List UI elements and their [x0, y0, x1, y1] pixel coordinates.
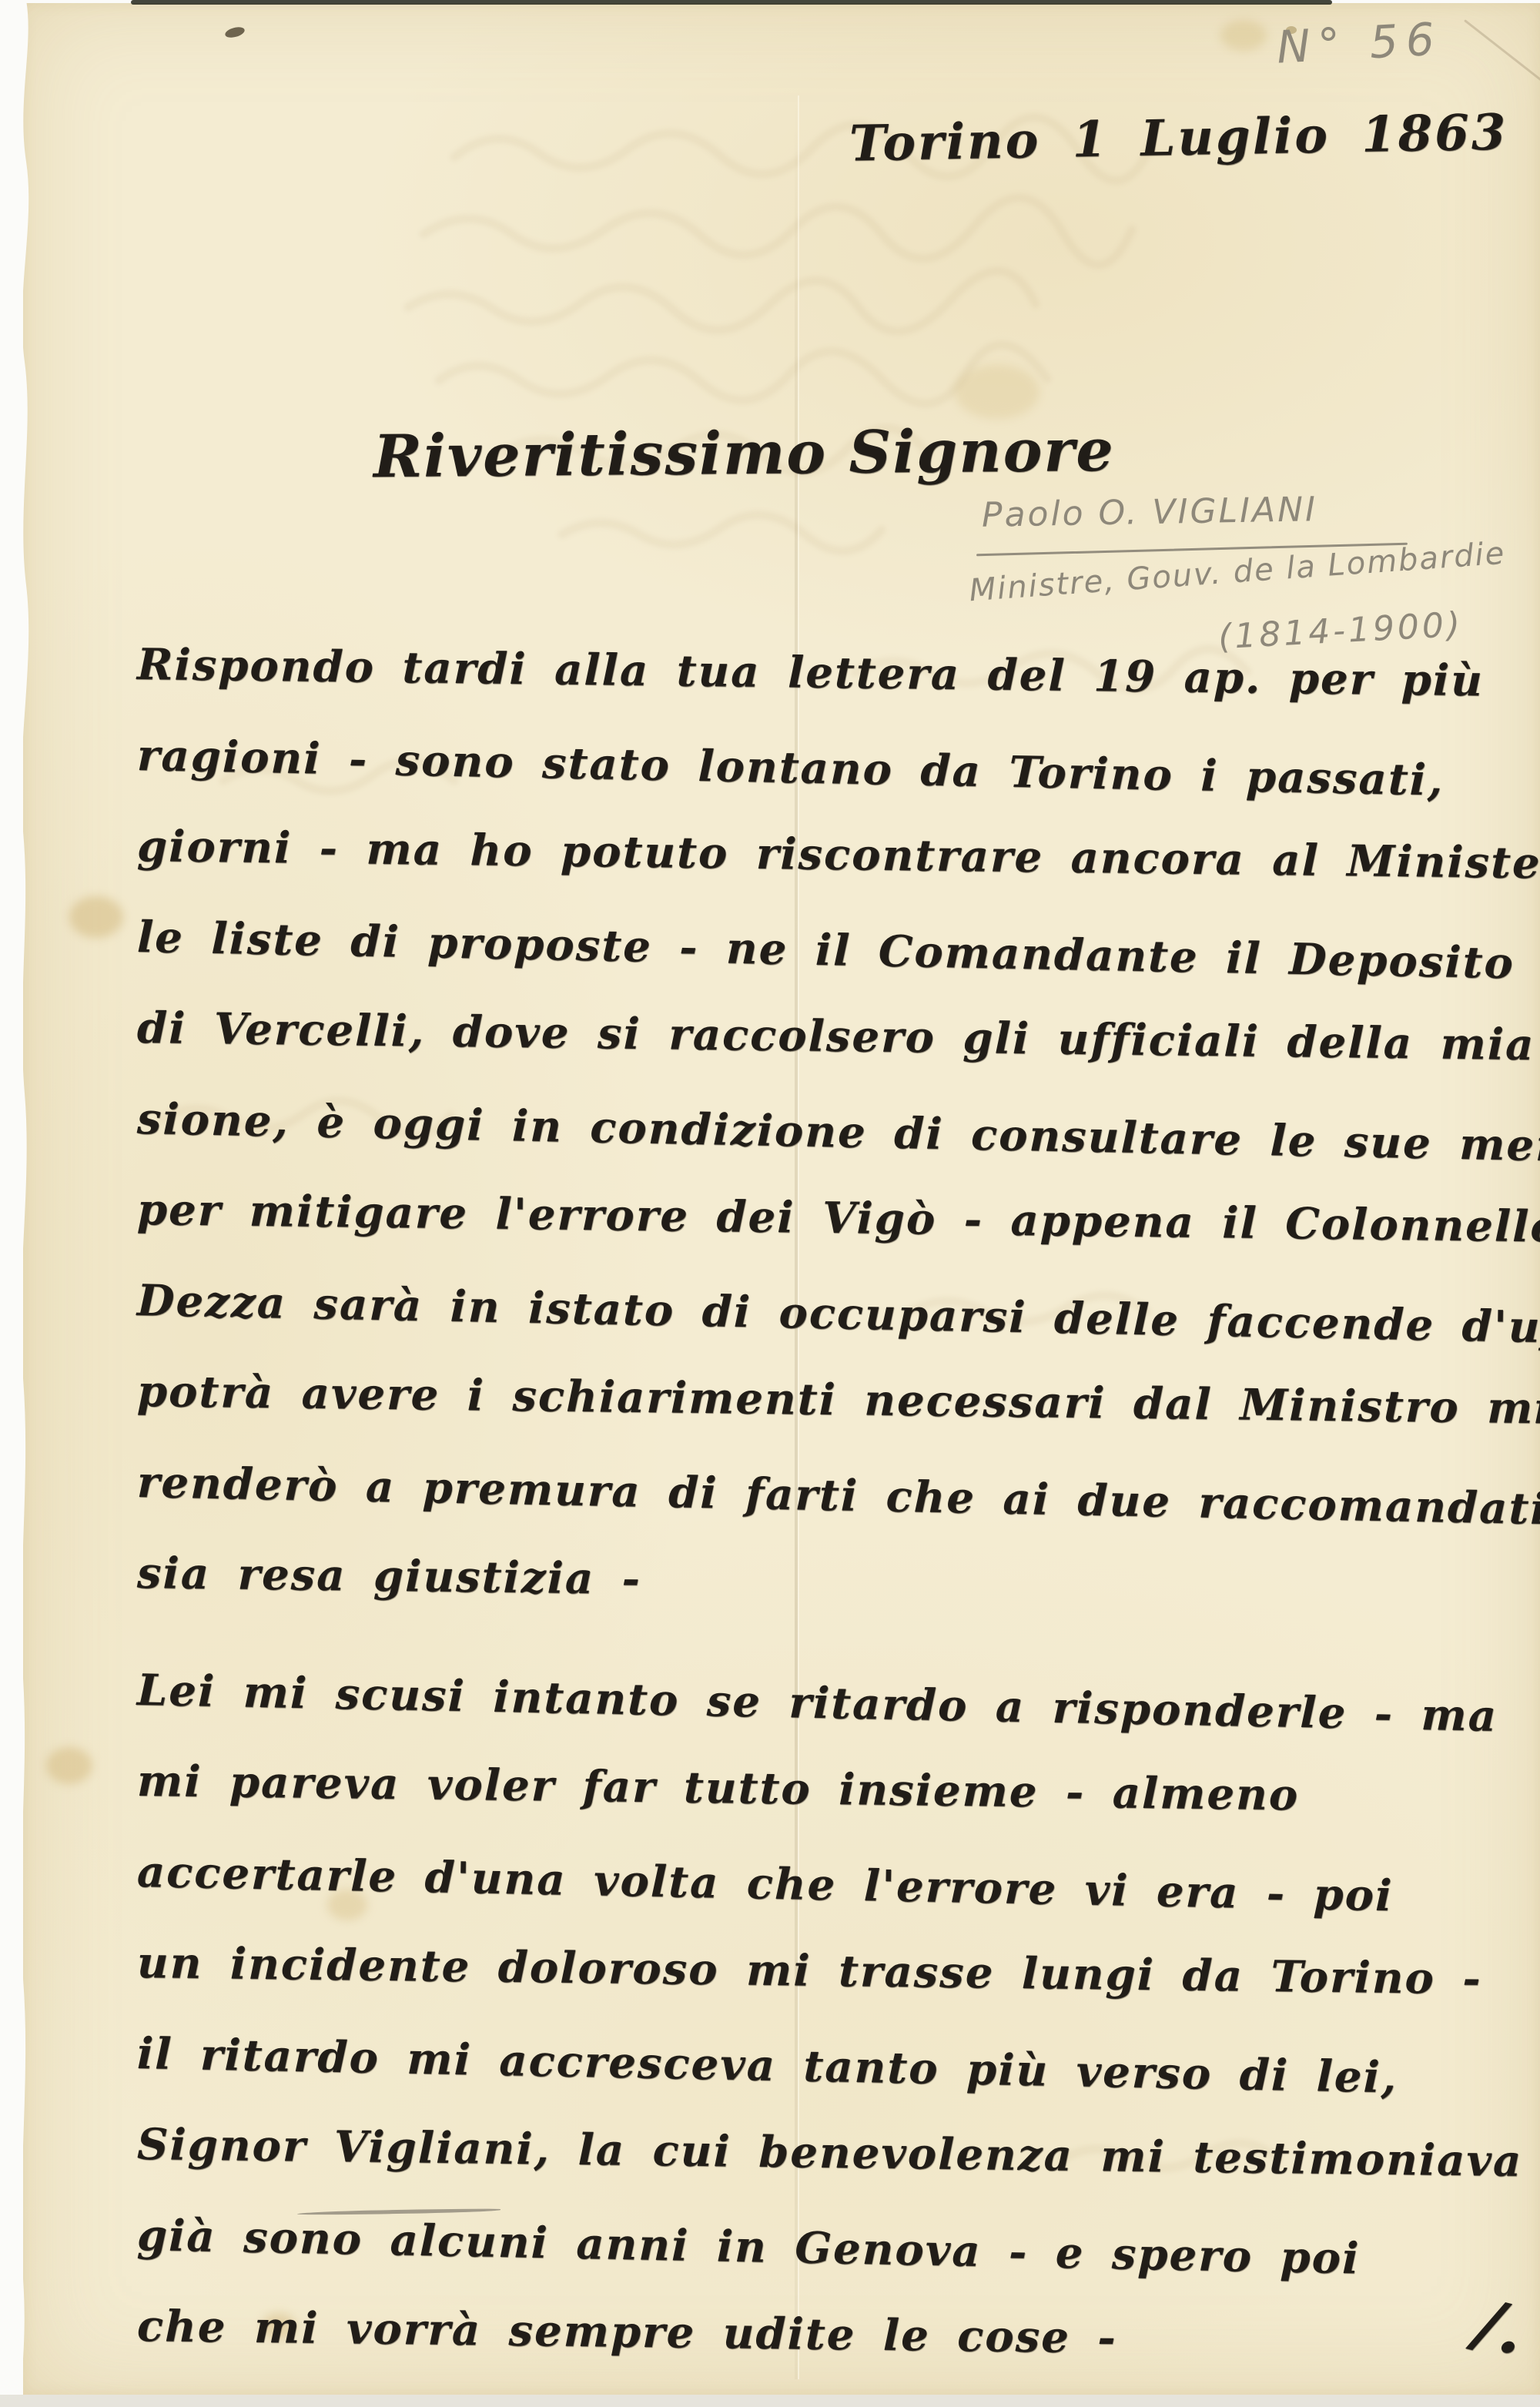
letter-page: N° 56 Torino 1 Luglio 1863 Riveritissimo…: [23, 3, 1540, 2395]
body-line: per mitigare l'errore dei Vigò - appena …: [136, 1164, 1540, 1272]
foxing-stain: [1220, 20, 1267, 51]
foxing-stain: [955, 365, 1039, 419]
body-line: sia resa giustizia -: [136, 1528, 1540, 1635]
scan-top-edge: [131, 0, 1332, 5]
body-line: di Vercelli, dove si raccolsero gli uffi…: [136, 983, 1540, 1090]
body-line: mi pareva voler far tutto insieme - alme…: [136, 1736, 1540, 1843]
annotation-recipient-name: Paolo O. VIGLIANI: [982, 490, 1318, 535]
deckle-edge-left: [0, 0, 46, 2407]
body-line: giorni - ma ho potuto riscontrare ancora…: [136, 801, 1540, 909]
body-line: potrà avere i schiarimenti necessari dal…: [136, 1346, 1540, 1454]
salutation: Riveritissimo Signore: [373, 416, 1115, 490]
body-line: Signor Vigliani, la cui benevolenza mi t…: [136, 2099, 1540, 2207]
foxing-stain: [46, 1747, 92, 1784]
scan-bottom-edge: [0, 2395, 1540, 2407]
dateline: Torino 1 Luglio 1863: [849, 104, 1508, 173]
body-line: che mi vorrà sempre udite le cose -: [136, 2281, 1540, 2389]
archive-number: N° 56: [1275, 12, 1443, 73]
foxing-stain: [69, 896, 123, 938]
body-line: un incidente doloroso mi trasse lungi da…: [136, 1917, 1540, 2025]
body-line: Rispondo tardi alla tua lettera del 19 a…: [136, 619, 1540, 727]
letter-body: Rispondo tardi alla tua lettera del 19 a…: [137, 619, 1540, 2372]
